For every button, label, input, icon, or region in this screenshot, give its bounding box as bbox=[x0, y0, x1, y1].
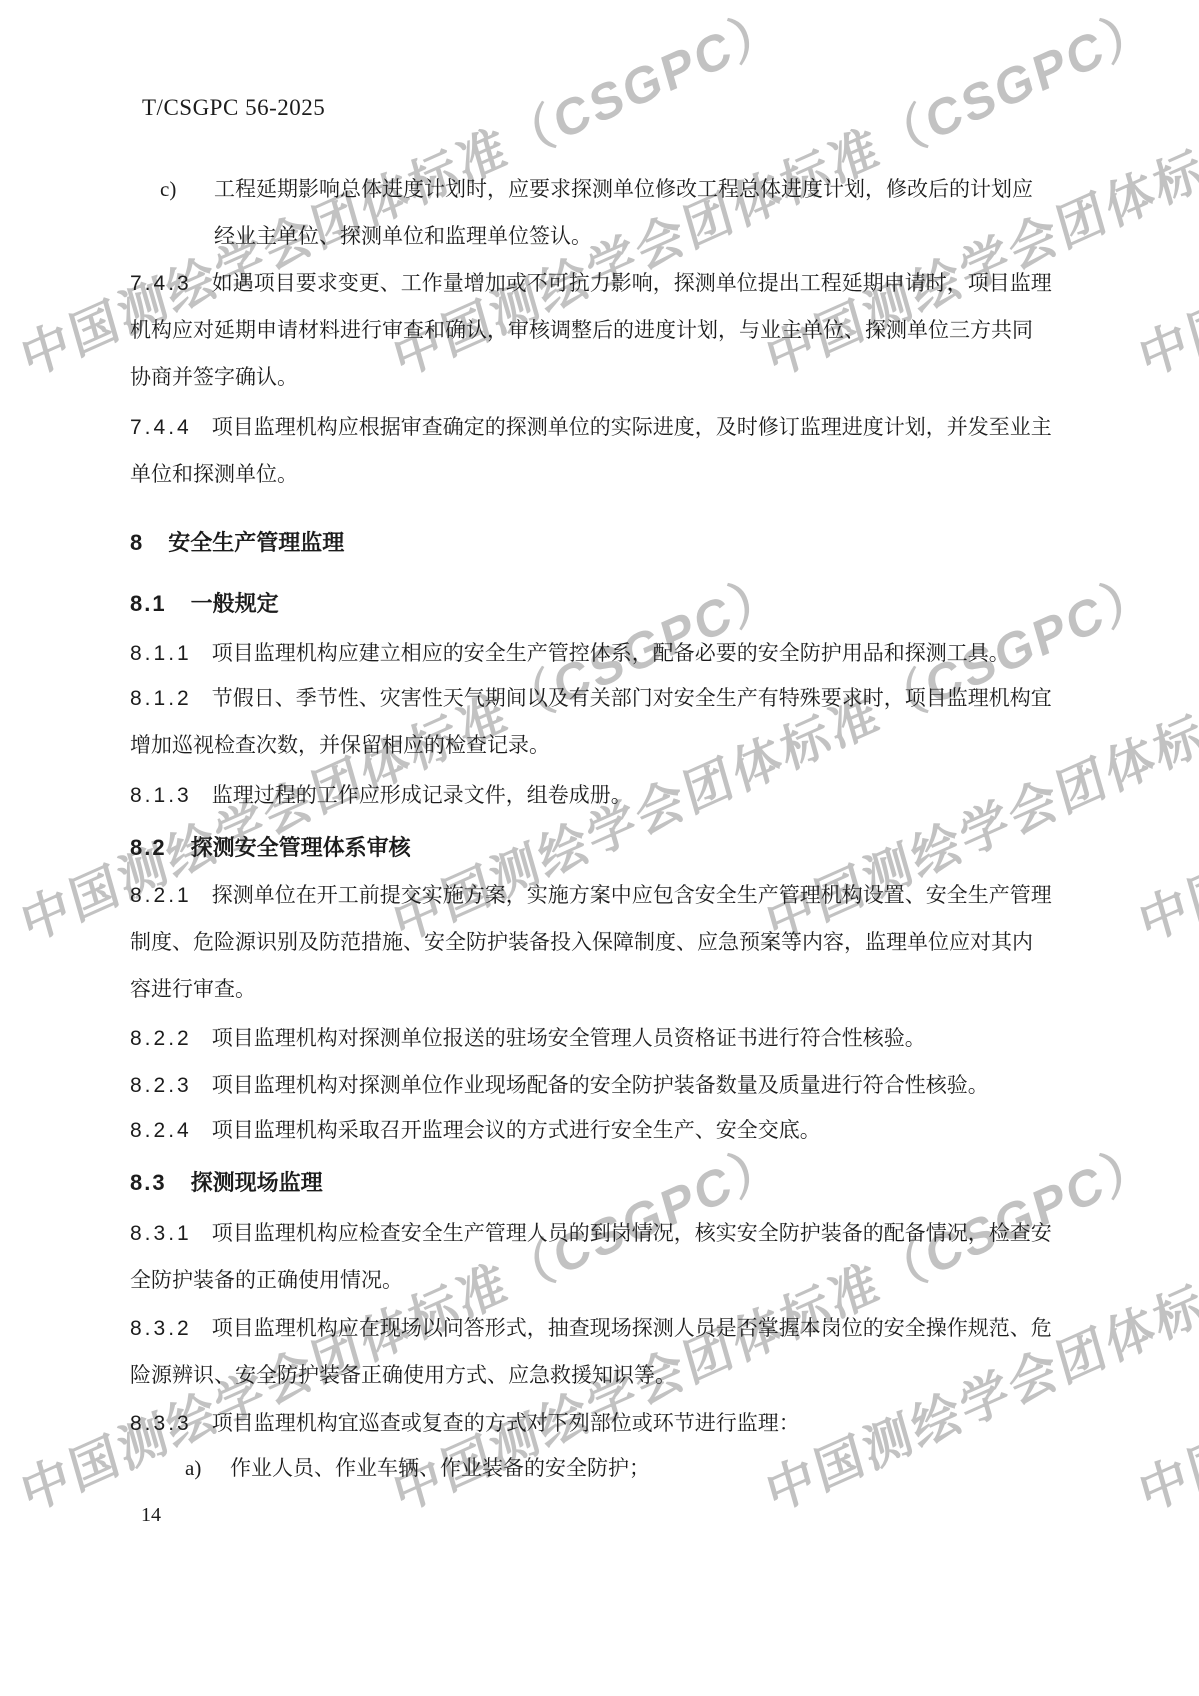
section-heading-8-2: 8.2探测安全管理体系审核 bbox=[130, 824, 411, 871]
clause-number: 8.1.3 bbox=[130, 784, 192, 807]
clause-number: 7.4.3 bbox=[130, 272, 192, 295]
clause-text: 监理过程的工作应形成记录文件，组卷成册。 bbox=[212, 783, 632, 807]
clause-8-3-1: 8.3.1项目监理机构应检查安全生产管理人员的到岗情况，核实安全防护装备的配备情… bbox=[130, 1210, 1052, 1304]
clause-text: 节假日、季节性、灾害性天气期间以及有关部门对安全生产有特殊要求时，项目监理机构宜 bbox=[212, 686, 1052, 710]
text-line: 8.1.3监理过程的工作应形成记录文件，组卷成册。 bbox=[130, 772, 632, 819]
document-page: 中国测绘学会团体标准（CSGPC）中国测绘学会团体标准（CSGPC）中国测绘学会… bbox=[0, 0, 1199, 1696]
clause-number: 8.2.4 bbox=[130, 1119, 192, 1142]
text-line: 7.4.3如遇项目要求变更、工作量增加或不可抗力影响，探测单位提出工程延期申请时… bbox=[130, 260, 1052, 307]
text-line: 全防护装备的正确使用情况。 bbox=[130, 1257, 1052, 1304]
text-line: 协商并签字确认。 bbox=[130, 354, 1052, 401]
clause-8-1-1: 8.1.1项目监理机构应建立相应的安全生产管控体系，配备必要的安全防护用品和探测… bbox=[130, 630, 1010, 677]
text-line: 8.2.4项目监理机构采取召开监理会议的方式进行安全生产、安全交底。 bbox=[130, 1107, 821, 1154]
text-line: 8.1.2节假日、季节性、灾害性天气期间以及有关部门对安全生产有特殊要求时，项目… bbox=[130, 675, 1052, 722]
page-number: 14 bbox=[141, 1502, 161, 1528]
clause-8-3-2: 8.3.2项目监理机构应在现场以问答形式，抽查现场探测人员是否掌握本岗位的安全操… bbox=[130, 1305, 1052, 1399]
text-line: 8.3.2项目监理机构应在现场以问答形式，抽查现场探测人员是否掌握本岗位的安全操… bbox=[130, 1305, 1052, 1352]
section-heading-8: 8安全生产管理监理 bbox=[130, 519, 344, 566]
clause-text: 探测单位在开工前提交实施方案，实施方案中应包含安全生产管理机构设置、安全生产管理 bbox=[212, 883, 1052, 907]
clause-8-2-1: 8.2.1探测单位在开工前提交实施方案，实施方案中应包含安全生产管理机构设置、安… bbox=[130, 872, 1052, 1013]
clause-text: 项目监理机构对探测单位作业现场配备的安全防护装备数量及质量进行符合性核验。 bbox=[212, 1073, 989, 1097]
text-line: 容进行审查。 bbox=[130, 966, 1052, 1013]
clause-7-4-4: 7.4.4项目监理机构应根据审查确定的探测单位的实际进度，及时修订监理进度计划，… bbox=[130, 404, 1052, 498]
clause-8-2-2: 8.2.2项目监理机构对探测单位报送的驻场安全管理人员资格证书进行符合性核验。 bbox=[130, 1015, 926, 1062]
clause-text: 项目监理机构应在现场以问答形式，抽查现场探测人员是否掌握本岗位的安全操作规范、危 bbox=[212, 1316, 1052, 1340]
heading-number: 8.2 bbox=[130, 835, 167, 860]
clause-8-1-2: 8.1.2节假日、季节性、灾害性天气期间以及有关部门对安全生产有特殊要求时，项目… bbox=[130, 675, 1052, 769]
clause-number: 8.2.3 bbox=[130, 1074, 192, 1097]
heading-number: 8 bbox=[130, 530, 144, 555]
clause-text: 项目监理机构宜巡查或复查的方式对下列部位或环节进行监理： bbox=[212, 1411, 800, 1435]
clause-number: 8.3.1 bbox=[130, 1222, 192, 1245]
heading-title: 探测现场监理 bbox=[191, 1170, 323, 1195]
text-line: a)作业人员、作业车辆、作业装备的安全防护； bbox=[185, 1445, 650, 1492]
list-item-label: a) bbox=[185, 1445, 230, 1492]
clause-text: 项目监理机构应建立相应的安全生产管控体系，配备必要的安全防护用品和探测工具。 bbox=[212, 641, 1010, 665]
clause-7-4-3: 7.4.3如遇项目要求变更、工作量增加或不可抗力影响，探测单位提出工程延期申请时… bbox=[130, 260, 1052, 401]
section-heading-8-1: 8.1一般规定 bbox=[130, 580, 279, 627]
clause-text: 项目监理机构采取召开监理会议的方式进行安全生产、安全交底。 bbox=[212, 1118, 821, 1142]
text-line: 7.4.4项目监理机构应根据审查确定的探测单位的实际进度，及时修订监理进度计划，… bbox=[130, 404, 1052, 451]
list-item-text: 工程延期影响总体进度计划时，应要求探测单位修改工程总体进度计划，修改后的计划应 bbox=[214, 177, 1033, 201]
list-item-c: c)工程延期影响总体进度计划时，应要求探测单位修改工程总体进度计划，修改后的计划… bbox=[160, 166, 1033, 260]
heading-title: 探测安全管理体系审核 bbox=[191, 835, 411, 860]
text-line: 制度、危险源识别及防范措施、安全防护装备投入保障制度、应急预案等内容，监理单位应… bbox=[130, 919, 1052, 966]
text-line: 8.3.3项目监理机构宜巡查或复查的方式对下列部位或环节进行监理： bbox=[130, 1400, 800, 1447]
clause-number: 8.2.2 bbox=[130, 1027, 192, 1050]
clause-8-1-3: 8.1.3监理过程的工作应形成记录文件，组卷成册。 bbox=[130, 772, 632, 819]
text-line: 单位和探测单位。 bbox=[130, 451, 1052, 498]
list-item-a: a)作业人员、作业车辆、作业装备的安全防护； bbox=[185, 1445, 650, 1492]
text-line: 险源辨识、安全防护装备正确使用方式、应急救援知识等。 bbox=[130, 1352, 1052, 1399]
clause-text: 如遇项目要求变更、工作量增加或不可抗力影响，探测单位提出工程延期申请时，项目监理 bbox=[212, 271, 1052, 295]
list-item-text: 作业人员、作业车辆、作业装备的安全防护； bbox=[230, 1456, 650, 1480]
section-heading-8-3: 8.3探测现场监理 bbox=[130, 1159, 323, 1206]
heading-title: 安全生产管理监理 bbox=[168, 530, 344, 555]
clause-number: 7.4.4 bbox=[130, 416, 192, 439]
text-line: 8.2.2项目监理机构对探测单位报送的驻场安全管理人员资格证书进行符合性核验。 bbox=[130, 1015, 926, 1062]
text-line: 经业主单位、探测单位和监理单位签认。 bbox=[160, 213, 1033, 260]
page-content: T/CSGPC 56-2025 c)工程延期影响总体进度计划时，应要求探测单位修… bbox=[0, 0, 1199, 1696]
standard-code-header: T/CSGPC 56-2025 bbox=[142, 95, 325, 121]
list-item-label: c) bbox=[160, 166, 214, 213]
clause-8-2-4: 8.2.4项目监理机构采取召开监理会议的方式进行安全生产、安全交底。 bbox=[130, 1107, 821, 1154]
text-line: 8.1.1项目监理机构应建立相应的安全生产管控体系，配备必要的安全防护用品和探测… bbox=[130, 630, 1010, 677]
text-line: 8.2.1探测单位在开工前提交实施方案，实施方案中应包含安全生产管理机构设置、安… bbox=[130, 872, 1052, 919]
clause-8-2-3: 8.2.3项目监理机构对探测单位作业现场配备的安全防护装备数量及质量进行符合性核… bbox=[130, 1062, 989, 1109]
clause-8-3-3: 8.3.3项目监理机构宜巡查或复查的方式对下列部位或环节进行监理： bbox=[130, 1400, 800, 1447]
clause-number: 8.1.1 bbox=[130, 642, 192, 665]
clause-number: 8.3.2 bbox=[130, 1317, 192, 1340]
clause-number: 8.2.1 bbox=[130, 884, 192, 907]
clause-text: 项目监理机构应检查安全生产管理人员的到岗情况，核实安全防护装备的配备情况，检查安 bbox=[212, 1221, 1052, 1245]
text-line: c)工程延期影响总体进度计划时，应要求探测单位修改工程总体进度计划，修改后的计划… bbox=[160, 166, 1033, 213]
text-line: 8.3.1项目监理机构应检查安全生产管理人员的到岗情况，核实安全防护装备的配备情… bbox=[130, 1210, 1052, 1257]
clause-text: 项目监理机构对探测单位报送的驻场安全管理人员资格证书进行符合性核验。 bbox=[212, 1026, 926, 1050]
clause-text: 项目监理机构应根据审查确定的探测单位的实际进度，及时修订监理进度计划，并发至业主 bbox=[212, 415, 1052, 439]
heading-number: 8.1 bbox=[130, 591, 167, 616]
heading-title: 一般规定 bbox=[191, 591, 279, 616]
text-line: 8.2.3项目监理机构对探测单位作业现场配备的安全防护装备数量及质量进行符合性核… bbox=[130, 1062, 989, 1109]
text-line: 增加巡视检查次数，并保留相应的检查记录。 bbox=[130, 722, 1052, 769]
text-line: 机构应对延期申请材料进行审查和确认，审核调整后的进度计划，与业主单位、探测单位三… bbox=[130, 307, 1052, 354]
clause-number: 8.1.2 bbox=[130, 687, 192, 710]
heading-number: 8.3 bbox=[130, 1170, 167, 1195]
clause-number: 8.3.3 bbox=[130, 1412, 192, 1435]
